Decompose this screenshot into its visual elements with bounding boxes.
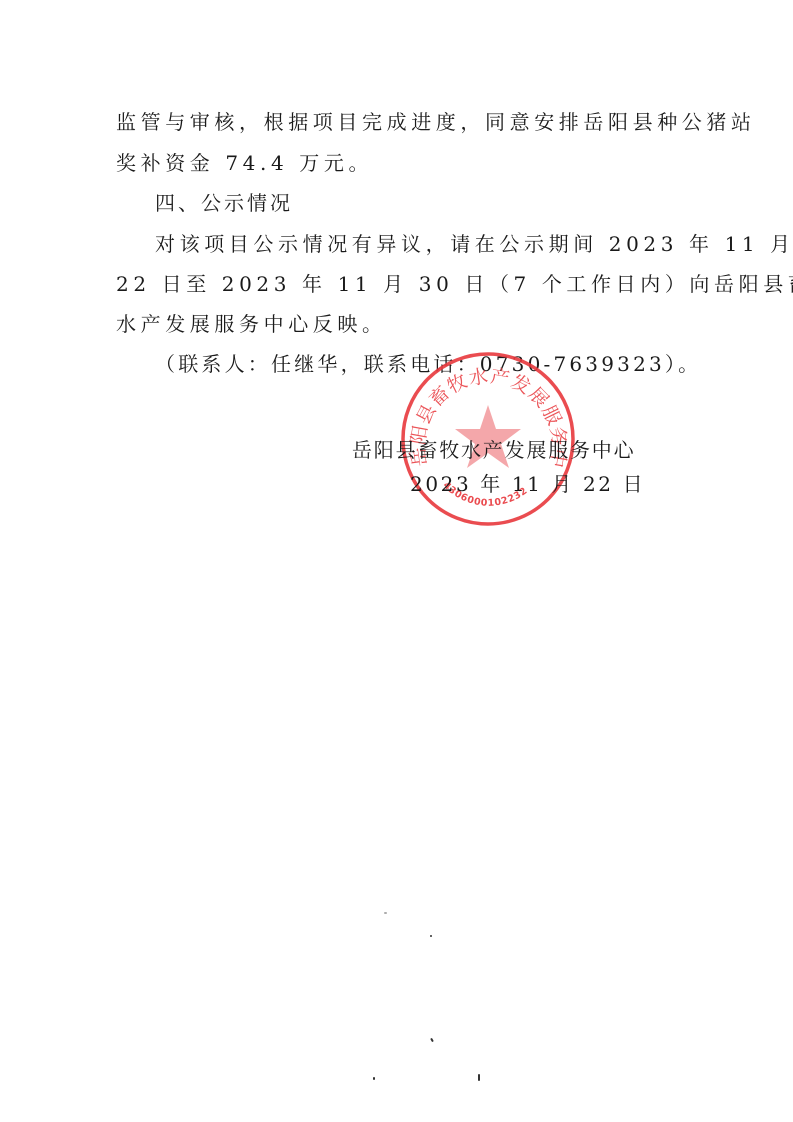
paragraph-line: 奖补资金 74.4 万元。	[116, 151, 373, 175]
scan-speck	[384, 912, 387, 914]
document-page: 监管与审核，根据项目完成进度，同意安排岳阳县种公猪站 奖补资金 74.4 万元。…	[0, 0, 793, 1122]
paragraph-line: 对该项目公示情况有异议，请在公示期间 2023 年 11 月	[155, 232, 793, 256]
contact-line: （联系人：任继华，联系电话：0730-7639323）。	[155, 352, 701, 376]
paragraph-line: 22 日至 2023 年 11 月 30 日（7 个工作日内）向岳阳县畜牧	[116, 272, 793, 296]
signature-date: 2023 年 11 月 22 日	[410, 472, 645, 496]
scan-speck	[373, 1077, 375, 1080]
scan-speck	[430, 1038, 434, 1042]
paragraph-line: 监管与审核，根据项目完成进度，同意安排岳阳县种公猪站	[116, 110, 756, 134]
signature-organization: 岳阳县畜牧水产发展服务中心	[352, 438, 635, 462]
section-heading: 四、公示情况	[155, 191, 293, 215]
scan-speck	[478, 1074, 480, 1081]
scan-speck	[430, 935, 432, 937]
paragraph-line: 水产发展服务中心反映。	[116, 312, 387, 336]
